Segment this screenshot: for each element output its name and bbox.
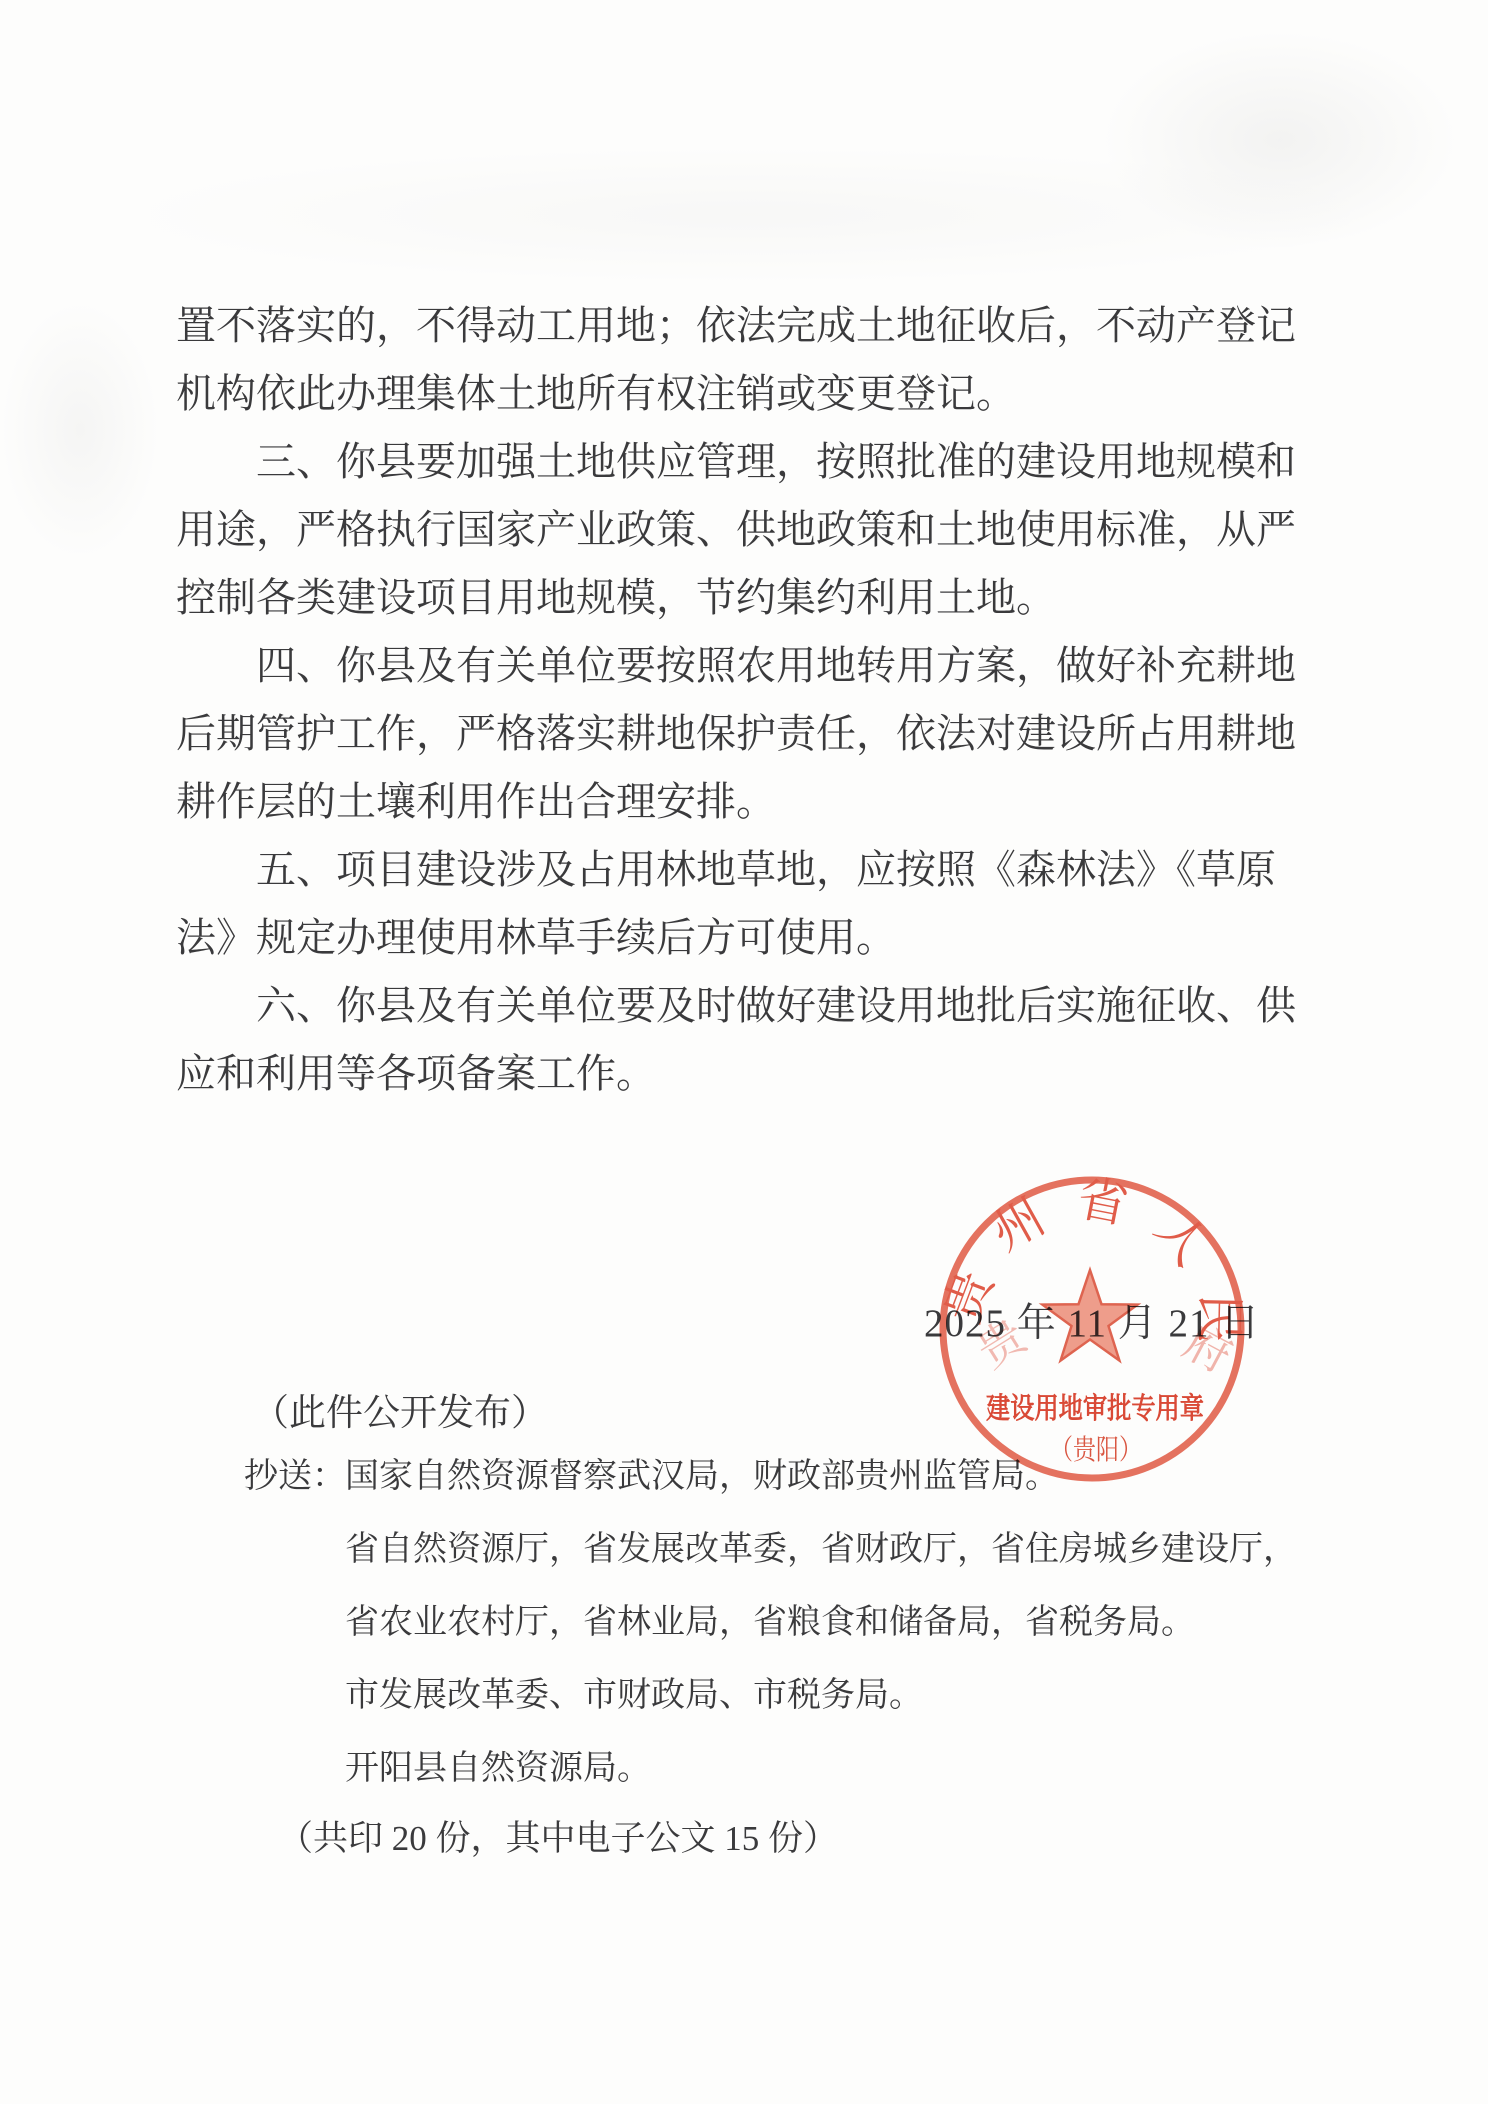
body-line: 用途，严格执行国家产业政策、供地政策和土地使用标准，从严 bbox=[176, 496, 1336, 564]
seal-star-icon bbox=[1042, 1270, 1137, 1361]
cc-line: 省农业农村厅，省林业局，省粮食和储备局，省税务局。 bbox=[345, 1586, 1297, 1659]
document-page: 置不落实的，不得动工用地；依法完成土地征收后，不动产登记 机构依此办理集体土地所… bbox=[0, 0, 1488, 2104]
body-line: 六、你县及有关单位要及时做好建设用地批后实施征收、供 bbox=[176, 972, 1336, 1040]
body-line: 控制各类建设项目用地规模，节约集约利用土地。 bbox=[176, 564, 1336, 632]
cc-label: 抄送： bbox=[244, 1440, 346, 1513]
scan-smudge bbox=[1100, 30, 1460, 250]
public-release-note: （此件公开发布） bbox=[252, 1380, 548, 1448]
scan-smudge bbox=[150, 150, 1350, 280]
seal-title: 建设用地审批专用章 bbox=[986, 1391, 1204, 1425]
cc-line: 省自然资源厅，省发展改革委，省财政厅，省住房城乡建设厅， bbox=[345, 1513, 1297, 1586]
body-line: 置不落实的，不得动工用地；依法完成土地征收后，不动产登记 bbox=[176, 292, 1336, 360]
print-count-note: （共印 20 份，其中电子公文 15 份） bbox=[278, 1802, 838, 1875]
scan-smudge bbox=[0, 300, 160, 560]
body-line: 法》规定办理使用林草手续后方可使用。 bbox=[176, 904, 1336, 972]
body-line: 机构依此办理集体土地所有权注销或变更登记。 bbox=[176, 360, 1336, 428]
seal-subtitle: （贵阳） bbox=[1050, 1434, 1142, 1466]
body-line: 五、项目建设涉及占用林地草地，应按照《森林法》《草原 bbox=[176, 836, 1336, 904]
cc-line: 市发展改革委、市财政局、市税务局。 bbox=[345, 1659, 1297, 1732]
official-seal: 贵州省人民政府 贵 府 建设用地审批专用章 （贵阳） bbox=[922, 1159, 1262, 1499]
body-line: 耕作层的土壤利用作出合理安排。 bbox=[176, 768, 1336, 836]
body-line: 三、你县要加强土地供应管理，按照批准的建设用地规模和 bbox=[176, 428, 1336, 496]
body-line: 后期管护工作，严格落实耕地保护责任，依法对建设所占用耕地 bbox=[176, 700, 1336, 768]
body-line: 四、你县及有关单位要按照农用地转用方案，做好补充耕地 bbox=[176, 632, 1336, 700]
body-line: 应和利用等各项备案工作。 bbox=[176, 1040, 1336, 1108]
document-body: 置不落实的，不得动工用地；依法完成土地征收后，不动产登记 机构依此办理集体土地所… bbox=[176, 292, 1336, 1108]
cc-line: 开阳县自然资源局。 bbox=[345, 1732, 1297, 1805]
